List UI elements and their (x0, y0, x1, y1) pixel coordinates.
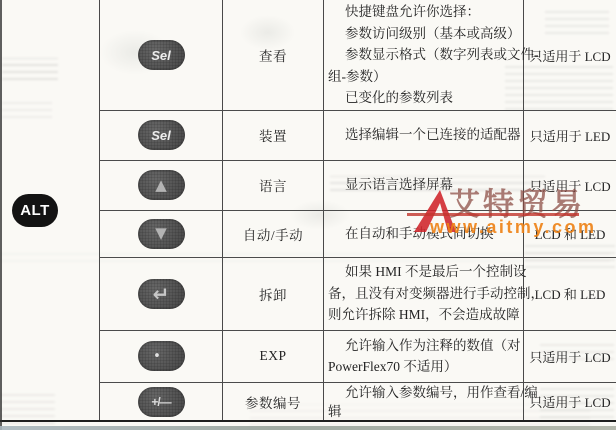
applies-text: 只适用于 LCD (529, 392, 610, 411)
sel-key-label: Sel (151, 48, 171, 63)
applies-cell: 只适用于 LCD (524, 330, 616, 382)
function-name: 拆卸 (259, 284, 287, 304)
description-line: 辑 (328, 402, 342, 421)
decimal-point-icon: • (153, 350, 161, 363)
sel-key: Sel (138, 40, 185, 70)
alt-key: ALT (12, 194, 58, 227)
applies-cell: 只适用于 LCD (524, 160, 616, 210)
up-arrow-icon: ▲ (155, 178, 167, 193)
bleed-through-text (2, 58, 58, 80)
decimal-point-key: • (138, 341, 185, 371)
function-name-cell: 语言 (223, 160, 323, 210)
bleed-through-text (2, 100, 52, 118)
description-line: 选择编辑一个已连接的适配器 (328, 124, 521, 146)
function-name: 装置 (259, 125, 287, 145)
applies-text: 只适用于 LED (530, 126, 611, 145)
applies-cell: 只适用于 LCD (524, 382, 616, 421)
function-name: 参数编号 (245, 392, 301, 412)
function-name-cell: 参数编号 (223, 382, 323, 421)
applies-cell: LCD 和 LED (524, 257, 616, 330)
description-cell: 允许输入参数编号，用作查看/编 辑 (324, 382, 525, 421)
applies-text: 只适用于 LCD (529, 347, 610, 366)
description-line: 则允许拆除 HMI，不会造成故障 (328, 304, 520, 326)
scanned-manual-page: ALT Sel 查看 快捷键盘允许你选择： 参数访问级别（基本或高级） 参数显示… (0, 0, 616, 430)
up-arrow-key: ▲ (138, 170, 185, 200)
down-arrow-icon: ▼ (155, 226, 167, 241)
description-line: 参数显示格式（数字列表或文件- (328, 44, 539, 66)
function-name-cell: 自动/手动 (223, 210, 323, 257)
key-cell: ↵ (100, 257, 222, 330)
scan-bottom-strip (0, 426, 616, 430)
key-cell: +/— (100, 382, 222, 421)
applies-cell: 只适用于 LED (524, 110, 616, 160)
down-arrow-key: ▼ (138, 219, 185, 249)
enter-key: ↵ (138, 279, 185, 309)
description-cell: 如果 HMI 不是最后一个控制设 备，且没有对变频器进行手动控制， 则允许拆除 … (324, 257, 525, 330)
description-line: 组-参数） (328, 66, 387, 88)
enter-arrow-icon: ↵ (153, 284, 170, 304)
sel-key: Sel (138, 120, 185, 150)
applies-cell: LCD 和 LED (524, 210, 616, 257)
key-cell: ▲ (100, 160, 222, 210)
key-cell: ▼ (100, 210, 222, 257)
key-cell: • (100, 330, 222, 382)
description-cell: 选择编辑一个已连接的适配器 (324, 110, 525, 160)
description-cell: 快捷键盘允许你选择： 参数访问级别（基本或高级） 参数显示格式（数字列表或文件-… (324, 0, 525, 110)
function-name-cell: 装置 (223, 110, 323, 160)
description-line: 如果 HMI 不是最后一个控制设 (328, 261, 527, 283)
applies-text: 只适用于 LCD (529, 46, 610, 65)
description-line: 在自动和手动模式间切换 (328, 223, 494, 245)
description-line: 允许输入作为注释的数值（对 (328, 335, 521, 357)
description-line: 显示语言选择屏幕 (328, 174, 453, 196)
plus-minus-key: +/— (138, 387, 185, 417)
applies-cell: 只适用于 LCD (524, 0, 616, 110)
function-name: 自动/手动 (243, 224, 303, 244)
description-line: 允许输入参数编号，用作查看/编 (328, 383, 538, 402)
plus-minus-key-label: +/— (151, 395, 170, 409)
applies-text: LCD 和 LED (535, 224, 606, 243)
alt-key-label: ALT (20, 202, 50, 219)
description-line: 参数访问级别（基本或高级） (328, 23, 521, 45)
description-line: 快捷键盘允许你选择： (328, 1, 480, 23)
scan-left-edge (0, 0, 2, 430)
applies-text: 只适用于 LCD (529, 176, 610, 195)
description-line: PowerFlex70 不适用） (328, 356, 457, 378)
bleed-through-text (0, 390, 55, 424)
applies-text: LCD 和 LED (535, 284, 606, 303)
function-name: 语言 (259, 175, 287, 195)
function-name: 查看 (259, 45, 287, 65)
key-cell: Sel (100, 0, 222, 110)
description-line: 已变化的参数列表 (328, 87, 453, 109)
function-name-cell: EXP (223, 330, 323, 382)
function-name-cell: 拆卸 (223, 257, 323, 330)
description-cell: 在自动和手动模式间切换 (324, 210, 525, 257)
description-cell: 显示语言选择屏幕 (324, 160, 525, 210)
function-name: EXP (259, 348, 286, 364)
function-name-cell: 查看 (223, 0, 323, 110)
key-cell: Sel (100, 110, 222, 160)
description-cell: 允许输入作为注释的数值（对 PowerFlex70 不适用） (324, 330, 525, 382)
sel-key-label: Sel (151, 128, 171, 143)
description-line: 备，且没有对变频器进行手动控制， (328, 283, 544, 305)
